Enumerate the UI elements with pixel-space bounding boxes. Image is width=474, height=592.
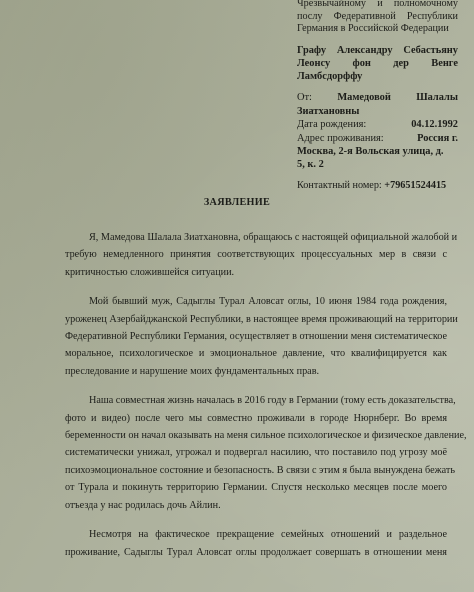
text-line: уроженец Азербайджанской Республики, в н… xyxy=(41,311,447,328)
recipient-name: Графу Александру Себастьяну Леонсу фон д… xyxy=(297,44,458,84)
header-block: Чрезвычайному и полномочному послу Федер… xyxy=(297,0,458,192)
addressee-ambassador: Чрезвычайному и полномочному послу Федер… xyxy=(297,0,458,36)
contact-row: Контактный номер: +79651524415 xyxy=(297,179,458,192)
dob-row: Дата рождения: 04.12.1992 xyxy=(297,118,458,131)
text-line: от Турала и покинуть территорию Германии… xyxy=(41,479,447,496)
document-title: ЗАЯВЛЕНИЕ xyxy=(0,197,474,208)
text-line: Мой бывший муж, Садыглы Турал Аловсат ог… xyxy=(41,293,447,310)
dob-label: Дата рождения: xyxy=(297,118,366,131)
address-row: Адрес проживания: Россия г. xyxy=(297,132,458,145)
document-photo: Чрезвычайному и полномочному послу Федер… xyxy=(0,0,474,592)
recipient-line: Графу Александру Себастьяну xyxy=(297,44,458,57)
paragraph-3: Наша совместная жизнь началась в 2016 го… xyxy=(41,392,447,514)
address-value-3: 5, к. 2 xyxy=(297,159,324,170)
paragraph-4: Несмотря на фактическое прекращение семе… xyxy=(41,526,447,561)
text-line: фото и видео) после чего мы совместно пр… xyxy=(41,410,447,427)
address-row-2: Москва, 2-я Вольская улица, д. xyxy=(297,145,458,158)
addressee-line: послу Федеративной Республики xyxy=(297,11,458,24)
sender-patronymic: Зиатхановны xyxy=(297,106,359,117)
sender-block: От: Мамедовой Шалалы Зиатхановны Дата ро… xyxy=(297,91,458,192)
recipient-line: Ламбсдорффу xyxy=(297,70,458,83)
sender-firstname: Шалалы xyxy=(416,91,458,104)
sender-from-row: От: Мамедовой Шалалы xyxy=(297,91,458,104)
address-value-1: Россия г. xyxy=(417,132,458,145)
text-line: преследование и нарушение моих фундамент… xyxy=(41,363,447,380)
contact-value: +79651524415 xyxy=(384,180,446,191)
from-label: От: xyxy=(297,91,312,104)
text-line: Несмотря на фактическое прекращение семе… xyxy=(41,526,447,543)
paragraph-1: Я, Мамедова Шалала Зиатхановна, обращаюс… xyxy=(41,229,447,281)
document-body: Я, Мамедова Шалала Зиатхановна, обращаюс… xyxy=(41,229,447,573)
text-line: беременности он начал оказывать на меня … xyxy=(41,427,447,444)
text-line: критичностью сложившейся ситуации. xyxy=(41,264,447,281)
text-line: психоэмоциональное состояние и безопасно… xyxy=(41,462,447,479)
dob-value: 04.12.1992 xyxy=(411,118,458,131)
text-line: систематически унижал, угрожал и подверг… xyxy=(41,444,447,461)
addressee-line: Германия в Российской Федерации xyxy=(297,23,458,36)
text-line: Я, Мамедова Шалала Зиатхановна, обращаюс… xyxy=(41,229,447,246)
sender-surname: Мамедовой xyxy=(337,91,390,104)
address-label: Адрес проживания: xyxy=(297,132,384,145)
text-line: требую немедленного принятия соответству… xyxy=(41,246,447,263)
addressee-line: Чрезвычайному и полномочному xyxy=(297,0,458,11)
recipient-line: Леонсу фон дер Венге xyxy=(297,57,458,70)
text-line: проживание, Садыглы Турал Аловсат оглы п… xyxy=(41,544,447,561)
paragraph-2: Мой бывший муж, Садыглы Турал Аловсат ог… xyxy=(41,293,447,380)
text-line: Федеративной Республики Германия, осущес… xyxy=(41,328,447,345)
text-line: Наша совместная жизнь началась в 2016 го… xyxy=(41,392,447,409)
contact-label: Контактный номер: xyxy=(297,180,382,191)
text-line: отъезда у нас родилась дочь Айлин. xyxy=(41,497,447,514)
address-value-2: Москва, 2-я Вольская улица, д. xyxy=(297,145,444,158)
text-line: моральное, психологическое и эмоциональн… xyxy=(41,345,447,362)
sender-patronymic-row: Зиатхановны xyxy=(297,105,458,118)
address-row-3: 5, к. 2 xyxy=(297,158,458,171)
